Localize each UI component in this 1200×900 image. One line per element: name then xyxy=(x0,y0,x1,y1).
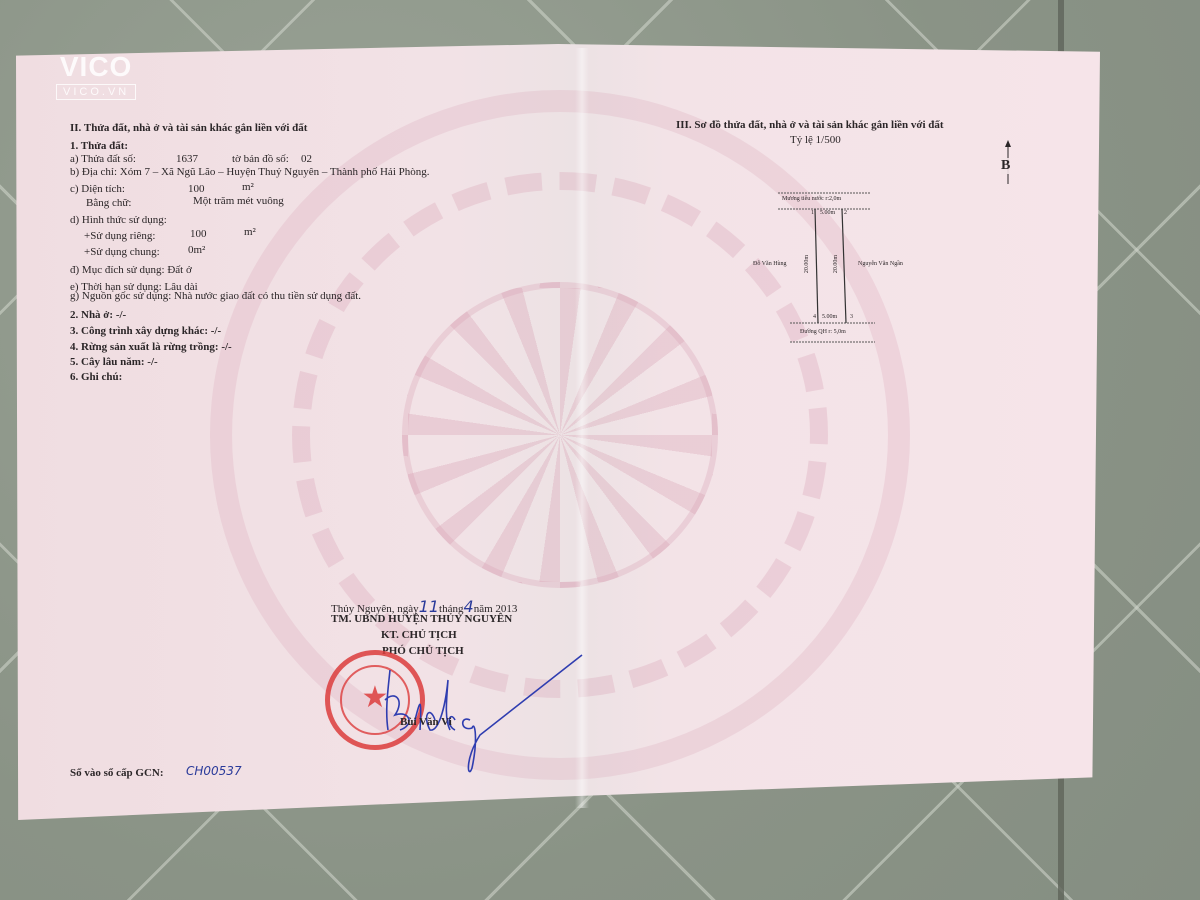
area-label: c) Diện tích: xyxy=(70,183,125,195)
logo-text: VICO xyxy=(56,52,136,82)
map-sheet-label: tờ bản đồ số: xyxy=(232,153,289,165)
land-purpose: đ) Mục đích sử dụng: Đất ở xyxy=(70,264,192,276)
item6-notes: 6. Ghi chú: xyxy=(70,371,122,383)
north-label: B xyxy=(1001,158,1010,174)
area-words-label: Bằng chữ: xyxy=(86,197,131,209)
handwritten-signature xyxy=(360,650,590,790)
role-chairman: KT. CHỦ TỊCH xyxy=(381,629,457,641)
right-neighbor: Nguyễn Văn Ngần xyxy=(858,261,903,267)
corner-3: 3 xyxy=(850,314,853,320)
corner-2: 2 xyxy=(844,210,847,216)
area-value: 100 xyxy=(188,183,205,195)
parcel-label: a) Thửa đất số: xyxy=(70,153,136,165)
issuing-org: TM. UBND HUYỆN THỦY NGUYÊN xyxy=(331,613,512,625)
top-width: 5.00m xyxy=(820,210,835,216)
bottom-width: 5.00m xyxy=(822,314,837,320)
map-sheet-number: 02 xyxy=(301,153,312,165)
private-use-value: 100 xyxy=(190,228,207,240)
area-words: Một trăm mét vuông xyxy=(193,195,284,207)
shared-use-value: 0m² xyxy=(188,244,205,256)
item2-house: 2. Nhà ở: -/- xyxy=(70,309,126,321)
vico-watermark-logo: VICO VICO.VN xyxy=(56,52,136,100)
section-iii-title: III. Sơ đồ thửa đất, nhà ở và tài sản kh… xyxy=(676,119,944,131)
logo-site: VICO.VN xyxy=(56,84,136,100)
corner-1: 1 xyxy=(811,210,814,216)
item4-production-forest: 4. Rừng sản xuất là rừng trồng: -/- xyxy=(70,341,232,353)
parcel-number: 1637 xyxy=(176,153,198,165)
address: b) Địa chỉ: Xóm 7 – Xã Ngũ Lão – Huyện T… xyxy=(70,166,430,178)
usage-form-label: d) Hình thức sử dụng: xyxy=(70,214,167,226)
scale-label: Tỷ lệ 1/500 xyxy=(790,134,841,146)
parcel-sketch: Mương tiêu nước r:2,0m 1 5.00m 2 Đỗ Văn … xyxy=(740,185,960,345)
left-length: 20.00m xyxy=(804,255,810,273)
registry-number: CH00537 xyxy=(186,764,242,778)
right-length: 20.00m xyxy=(833,255,839,273)
private-use-unit: m² xyxy=(244,226,256,238)
item1-title: 1. Thửa đất: xyxy=(70,140,128,152)
land-origin: g) Nguồn gốc sử dụng: Nhà nước giao đất … xyxy=(70,290,361,302)
item3-other-construction: 3. Công trình xây dựng khác: -/- xyxy=(70,325,221,337)
bottom-boundary-label: Đường QH r: 5,0m xyxy=(800,329,846,335)
shared-use-label: +Sử dụng chung: xyxy=(84,246,160,258)
private-use-label: +Sử dụng riêng: xyxy=(84,230,155,242)
area-unit: m² xyxy=(242,181,254,193)
corner-4: 4 xyxy=(813,314,816,320)
section-ii-title: II. Thửa đất, nhà ở và tài sản khác gắn … xyxy=(70,122,307,134)
signer-name: Bùi Văn Vi xyxy=(400,716,452,728)
top-boundary-label: Mương tiêu nước r:2,0m xyxy=(782,196,841,202)
left-neighbor: Đỗ Văn Hùng xyxy=(753,261,787,267)
registry-label: Số vào sổ cấp GCN: xyxy=(70,767,164,779)
item5-perennial-trees: 5. Cây lâu năm: -/- xyxy=(70,356,158,368)
